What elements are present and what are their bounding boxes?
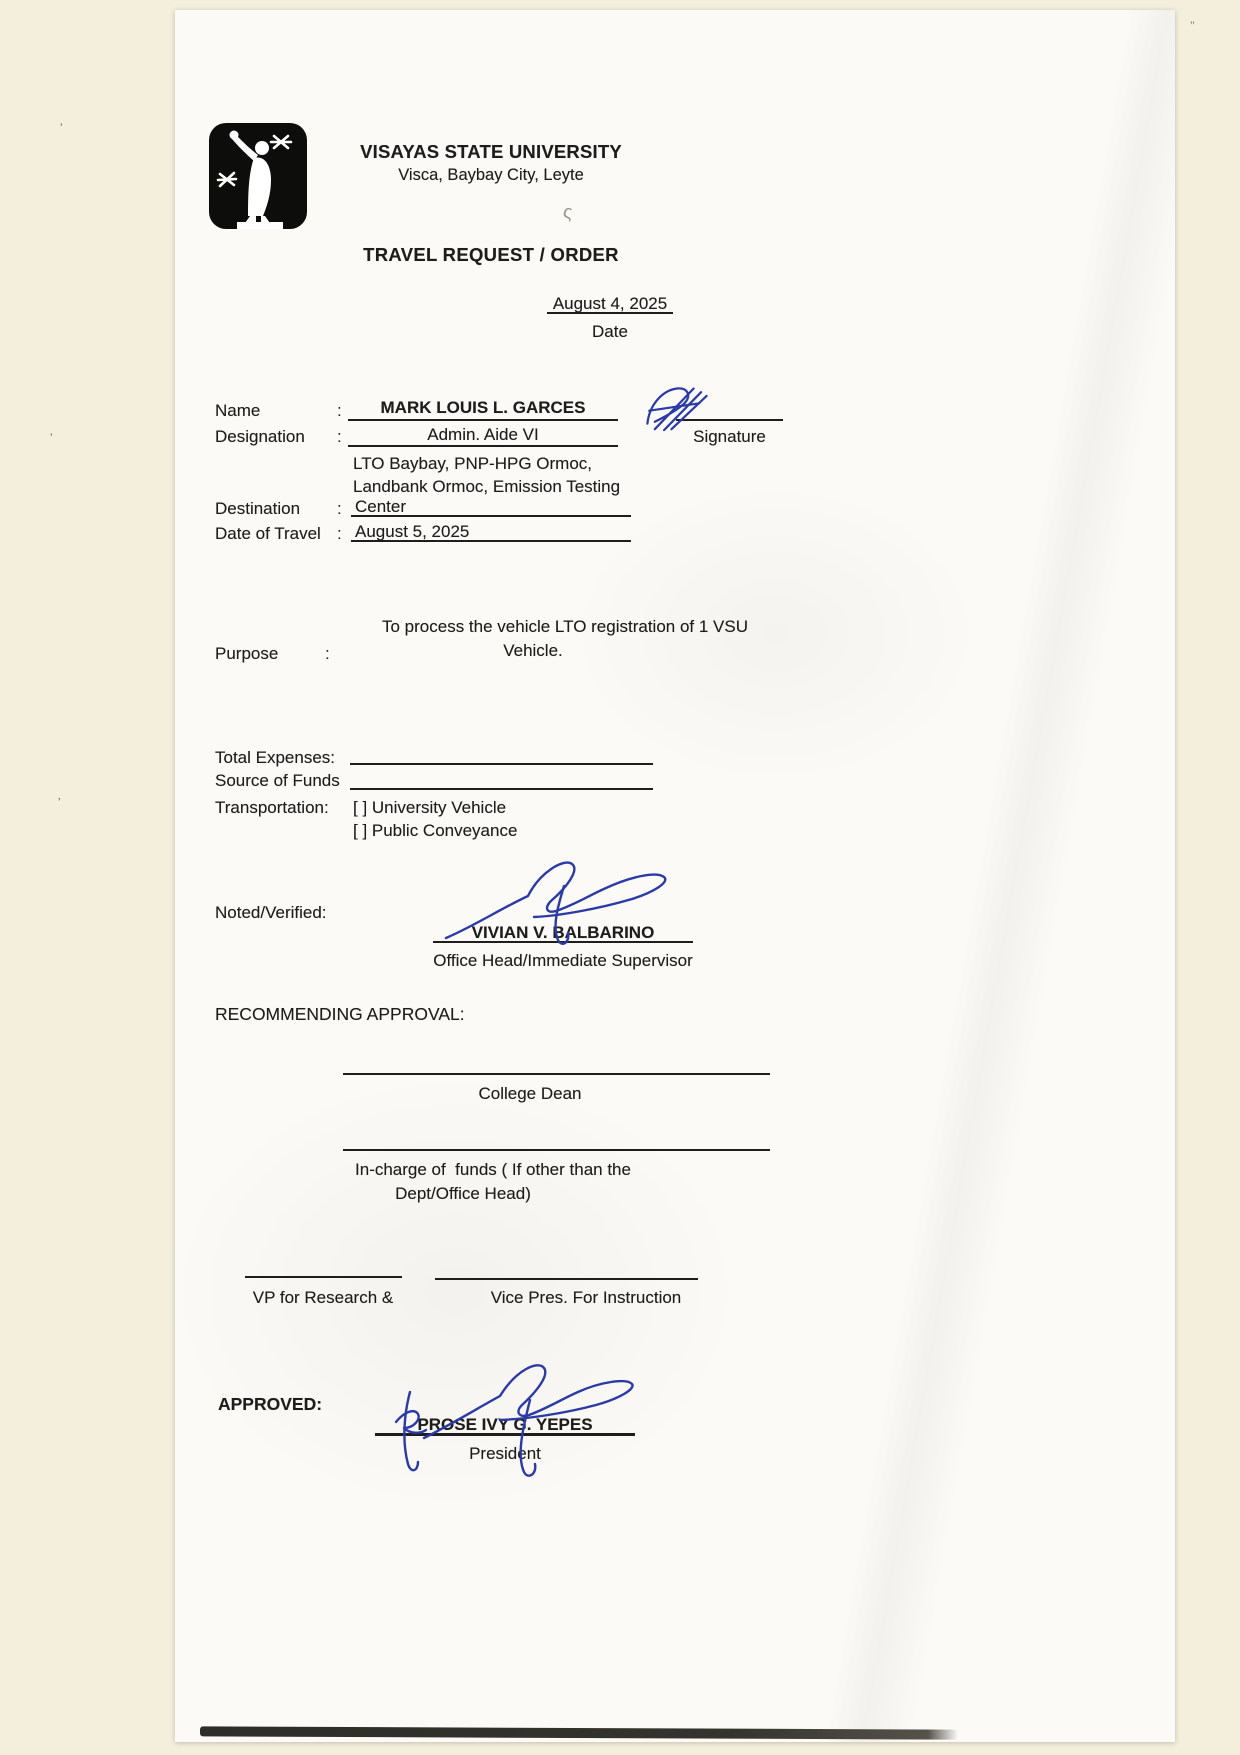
incharge-label-line1: In-charge of funds ( If other than the: [293, 1160, 693, 1180]
destination-value: Center: [351, 496, 631, 517]
designation-colon: :: [337, 427, 342, 447]
travel-request-form: VISAYAS STATE UNIVERSITY Visca, Baybay C…: [175, 10, 1175, 1742]
noted-verified-label: Noted/Verified:: [215, 903, 327, 923]
designation-value: Admin. Aide VI: [348, 424, 618, 447]
scan-speck: ’: [60, 122, 62, 134]
transportation-option-university-vehicle: [ ] University Vehicle: [353, 798, 506, 818]
date-of-travel-value: August 5, 2025: [351, 521, 631, 542]
signature-line: [676, 397, 783, 421]
form-title: TRAVEL REQUEST / ORDER: [361, 244, 621, 266]
purpose-colon: :: [325, 644, 330, 664]
date-of-travel-label: Date of Travel: [215, 524, 321, 544]
approved-label: APPROVED:: [218, 1394, 322, 1415]
date-issued-value: August 4, 2025: [547, 293, 673, 314]
pen-smudge-mark: ς: [562, 201, 574, 224]
vp-instruction-signature-line: [435, 1278, 698, 1280]
destination-line1: LTO Baybay, PNP-HPG Ormoc,: [353, 454, 592, 474]
college-dean-signature-line: [343, 1073, 770, 1075]
college-dean-label: College Dean: [380, 1084, 680, 1104]
source-of-funds-value: [350, 768, 653, 790]
purpose-value-line2: Vehicle.: [293, 641, 773, 661]
date-issued-label: Date: [547, 322, 673, 342]
designation-label: Designation: [215, 427, 305, 447]
date-of-travel-colon: :: [337, 524, 342, 544]
president-title: President: [375, 1444, 635, 1464]
scan-speck: ’: [50, 432, 52, 444]
recommending-approval-label: RECOMMENDING APPROVAL:: [215, 1004, 465, 1025]
incharge-label-line2: Dept/Office Head): [263, 1184, 663, 1204]
name-label: Name: [215, 401, 260, 421]
signature-label: Signature: [676, 427, 783, 447]
university-logo: [208, 122, 308, 232]
name-value: MARK LOUIS L. GARCES: [348, 397, 618, 421]
paper-bottom-edge: [200, 1726, 958, 1739]
destination-colon: :: [337, 499, 342, 519]
scan-speck: ‚: [58, 790, 60, 802]
vp-instruction-label: Vice Pres. For Instruction: [461, 1288, 711, 1308]
vp-research-signature-line: [245, 1276, 402, 1278]
vp-research-label: VP for Research &: [223, 1288, 423, 1308]
transportation-label: Transportation:: [215, 798, 329, 818]
source-of-funds-label: Source of Funds: [215, 771, 340, 791]
scanned-document-canvas: ’ ’ ‚ ’’ VISAYAS STATE UNIVERSITY: [0, 0, 1240, 1755]
destination-line2: Landbank Ormoc, Emission Testing: [353, 477, 620, 497]
noted-signatory-name: VIVIAN V. BALBARINO: [433, 922, 693, 943]
purpose-label: Purpose: [215, 644, 278, 664]
university-name: VISAYAS STATE UNIVERSITY: [351, 141, 631, 163]
university-address: Visca, Baybay City, Leyte: [351, 166, 631, 185]
name-colon: :: [337, 401, 342, 421]
noted-signatory-title: Office Head/Immediate Supervisor: [413, 951, 713, 971]
total-expenses-value: [350, 743, 653, 765]
incharge-signature-line: [343, 1149, 770, 1151]
president-name: PROSE IVY G. YEPES: [375, 1414, 635, 1436]
purpose-value-line1: To process the vehicle LTO registration …: [325, 617, 805, 637]
destination-label: Destination: [215, 499, 300, 519]
transportation-option-public-conveyance: [ ] Public Conveyance: [353, 821, 517, 841]
total-expenses-label: Total Expenses:: [215, 748, 335, 768]
scan-speck: ’’: [1190, 20, 1195, 32]
